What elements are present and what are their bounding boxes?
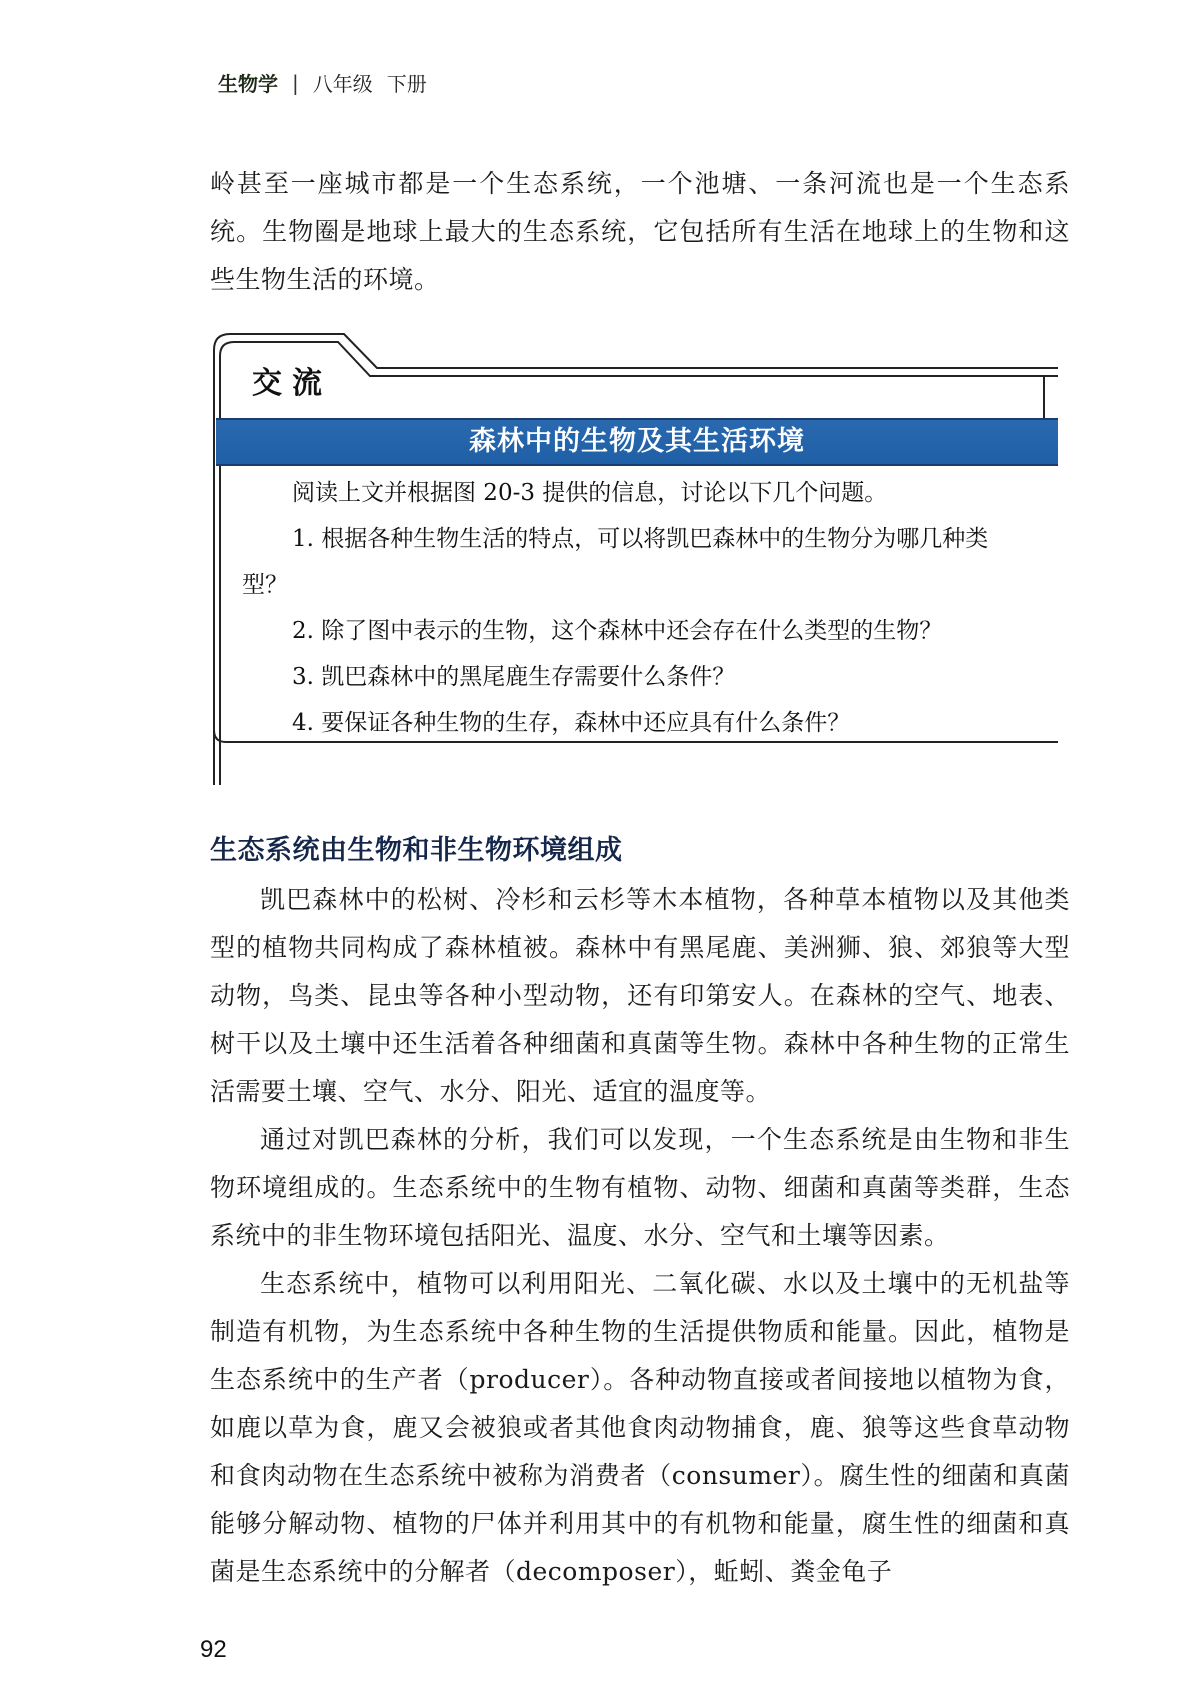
body-paragraph-3: 生态系统中，植物可以利用阳光、二氧化碳、水以及土壤中的无机盐等制造有机物，为生态… — [210, 1260, 1070, 1596]
discussion-intro: 阅读上文并根据图 20-3 提供的信息，讨论以下几个问题。 — [242, 470, 1032, 516]
book-volume: 下册 — [387, 68, 427, 97]
book-subject: 生物学 — [218, 68, 278, 97]
running-head: 生物学 | 八年级 下册 — [218, 68, 427, 97]
body-paragraph-2: 通过对凯巴森林的分析，我们可以发现，一个生态系统是由生物和非生物环境组成的。生态… — [210, 1116, 1070, 1260]
discussion-box: 交流 森林中的生物及其生活环境 阅读上文并根据图 20-3 提供的信息，讨论以下… — [212, 330, 1058, 785]
discussion-question-2: 2. 除了图中表示的生物，这个森林中还会存在什么类型的生物？ — [242, 608, 1032, 654]
book-grade: 八年级 — [313, 68, 373, 97]
discussion-title-banner: 森林中的生物及其生活环境 — [216, 418, 1058, 466]
discussion-question-4: 4. 要保证各种生物的生存，森林中还应具有什么条件？ — [242, 700, 1032, 746]
body-paragraph-1: 凯巴森林中的松树、冷杉和云杉等木本植物，各种草本植物以及其他类型的植物共同构成了… — [210, 876, 1070, 1116]
page-number: 92 — [200, 1636, 227, 1664]
discussion-tab-label: 交流 — [252, 358, 332, 402]
header-separator: | — [292, 71, 299, 95]
discussion-question-1: 1. 根据各种生物生活的特点，可以将凯巴森林中的生物分为哪几种类型？ — [242, 516, 1032, 608]
section-heading: 生态系统由生物和非生物环境组成 — [210, 828, 623, 867]
discussion-question-3: 3. 凯巴森林中的黑尾鹿生存需要什么条件？ — [242, 654, 1032, 700]
intro-paragraph: 岭甚至一座城市都是一个生态系统，一个池塘、一条河流也是一个生态系统。生物圈是地球… — [210, 160, 1070, 304]
